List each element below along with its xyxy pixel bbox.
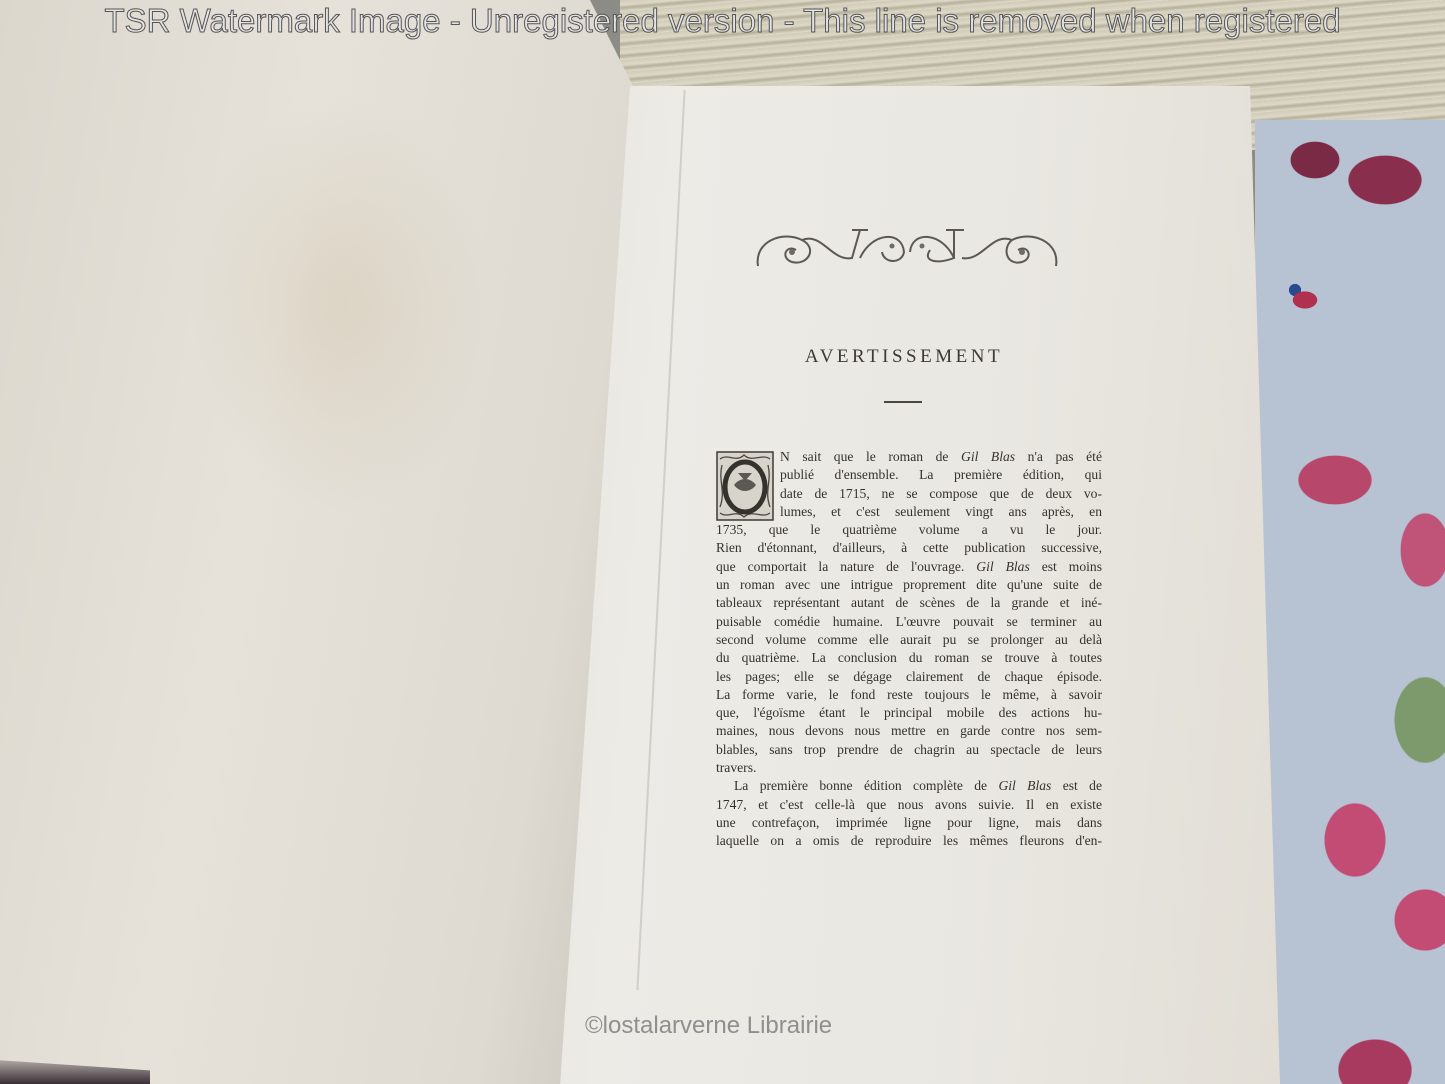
ornamental-initial-o-icon [716,451,774,521]
text-line: La forme varie, le fond reste toujours l… [716,686,1102,704]
text-line: blables, sans trop prendre de chagrin au… [716,741,1102,759]
text-line: un roman avec une intrigue proprement di… [716,576,1102,594]
text-line: La première bonne édition complète de Gi… [734,777,1102,795]
left-page-stain [190,90,490,520]
text-line: Rien d'étonnant, d'ailleurs, à cette pub… [716,539,1102,557]
floral-fabric-background [1255,120,1445,1084]
text-line: du quatrième. La conclusion du roman se … [716,649,1102,667]
text-line: travers. [716,759,1102,777]
tsr-watermark-banner: TSR Watermark Image - Unregistered versi… [0,2,1445,40]
text-line: laquelle on a omis de reproduire les mêm… [716,832,1102,850]
heading-rule [884,401,922,403]
paragraph-2: La première bonne édition complète de Gi… [716,777,1102,795]
text-line: les pages; elle se dégage clairement de … [716,668,1102,686]
text-line: que, l'égoïsme étant le principal mobile… [716,704,1102,722]
text-line: puisable comédie humaine. L'œuvre pouvai… [716,613,1102,631]
text-line: maines, nous devons nous mettre en garde… [716,722,1102,740]
floral-headpiece-icon [752,222,1062,274]
text-line: une contrefaçon, imprimée ligne pour lig… [716,814,1102,832]
text-line: 1747, et c'est celle-là que nous avons s… [716,796,1102,814]
page-heading: AVERTISSEMENT [700,346,1108,368]
text-line: 1735, que le quatrième volume a vu le jo… [716,521,1102,539]
text-line: second volume comme elle aurait pu se pr… [716,631,1102,649]
shop-copyright-watermark: ©lostalarverne Librairie [585,1012,832,1040]
body-text: N sait que le roman de Gil Blas n'a pas … [716,448,1102,851]
text-line: tableaux représentant autant de scènes d… [716,594,1102,612]
text-line: que comportait la nature de l'ouvrage. G… [716,558,1102,576]
paragraph-2-cont: 1747, et c'est celle-là que nous avons s… [716,796,1102,851]
